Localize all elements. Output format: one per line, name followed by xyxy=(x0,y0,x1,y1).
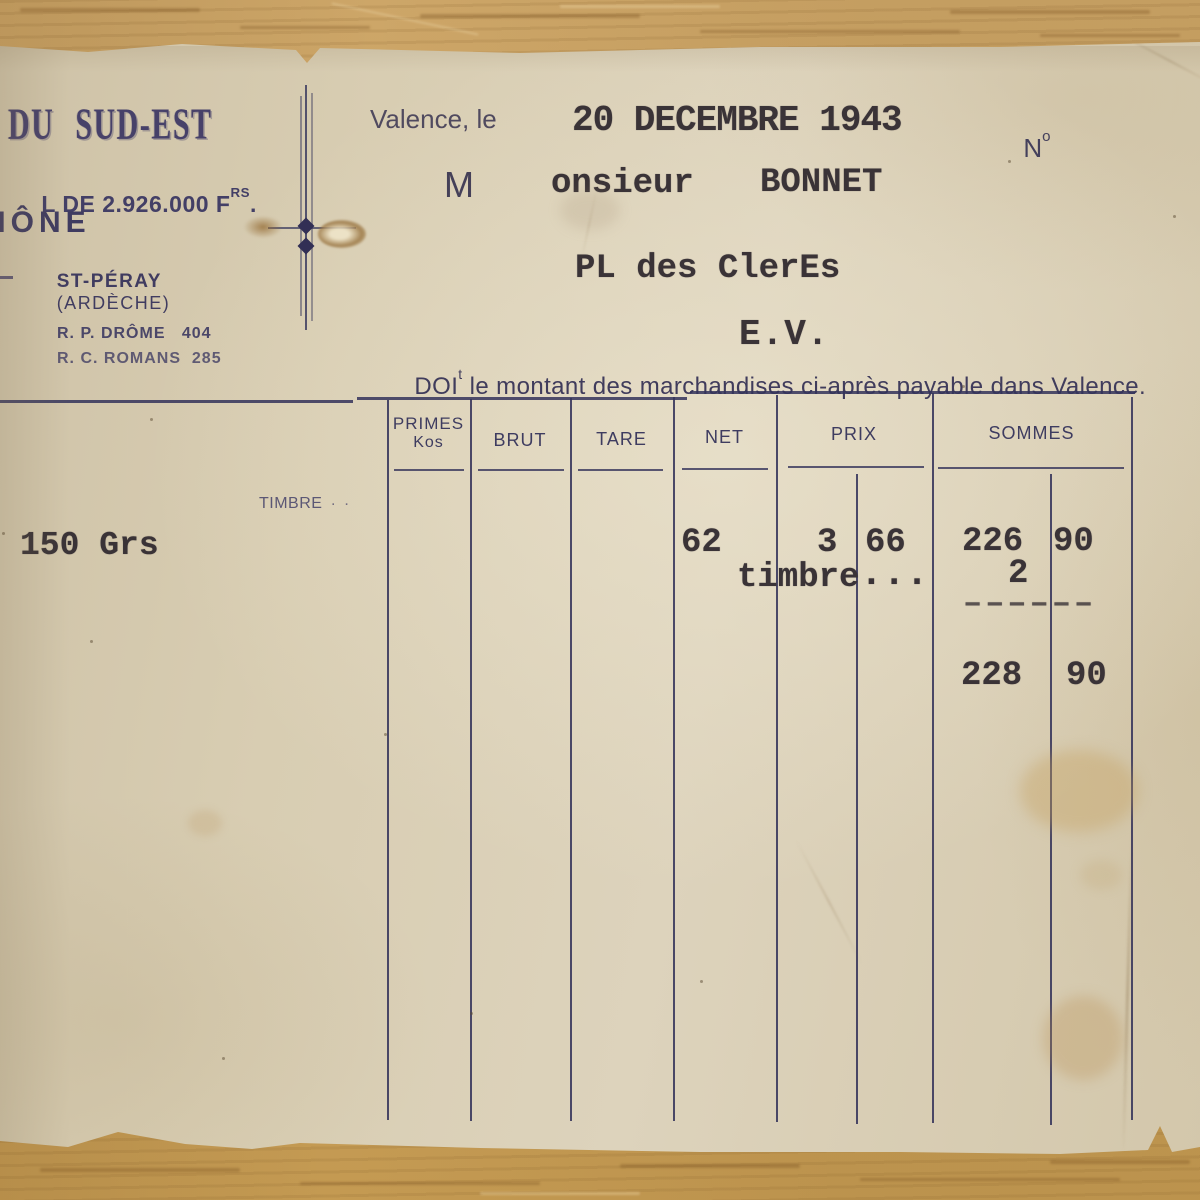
header-underline-tare xyxy=(578,469,663,471)
paper-speck xyxy=(700,980,703,983)
paper-speck xyxy=(1173,215,1176,218)
total-francs: 228 xyxy=(961,657,1022,695)
paper-edge-darkening-left xyxy=(0,46,70,1146)
paper-speck xyxy=(2,532,5,535)
typed-date: 20 DECEMBRE 1943 xyxy=(572,100,902,141)
civility-prefix: M xyxy=(444,164,474,206)
ornament-vertical-rule-3 xyxy=(311,93,313,321)
paper-stain-small-left xyxy=(188,810,222,836)
place-date-label: Valence, le xyxy=(370,104,497,135)
letterhead-registry-romans: R. C. ROMANS 285 xyxy=(57,350,222,368)
doit-clause: DOIt le montant des marchandises ci-aprè… xyxy=(372,344,1146,429)
invoice-number-label: No xyxy=(980,102,1051,195)
wood-grain-streak xyxy=(1040,34,1180,37)
col-header-sommes: SOMMES xyxy=(932,423,1131,444)
total-centimes: 90 xyxy=(1066,657,1107,695)
wood-grain-streak xyxy=(1050,1160,1190,1164)
col-header-primes-line1: PRIMES xyxy=(387,414,470,434)
doit-superscript: t xyxy=(458,366,462,382)
doit-prefix: DOI xyxy=(414,373,458,400)
wood-scratch xyxy=(331,2,478,35)
wood-grain-streak xyxy=(480,1192,640,1195)
item-price-francs: 3 xyxy=(817,524,837,562)
timbre-line-label: timbre xyxy=(737,559,859,597)
typed-client-name: BONNET xyxy=(760,164,882,202)
paper-tear-right xyxy=(318,220,366,248)
town-bold: ST-PÉRAY xyxy=(57,271,162,292)
paper-speck xyxy=(150,418,153,421)
photo-scene: DU SUD-EST L DE 2.926.000 FRS. HÔNE ST-P… xyxy=(0,0,1200,1200)
subtotal-rule: –––––– xyxy=(963,585,1096,622)
col-header-brut: BRUT xyxy=(470,430,570,451)
table-line-net-left xyxy=(673,397,675,1121)
wood-grain-streak xyxy=(420,14,640,18)
paper-stain-right-margin xyxy=(1080,860,1122,890)
wood-grain-streak xyxy=(240,26,370,29)
doit-text: le montant des marchandises ci-après pay… xyxy=(463,373,1147,400)
wood-grain-streak xyxy=(560,5,720,8)
wood-grain-streak xyxy=(40,1168,240,1172)
header-underline-prix xyxy=(788,466,924,468)
col-header-tare: TARE xyxy=(570,429,673,450)
paper-speck xyxy=(962,385,965,388)
paper-crease-diagonal xyxy=(795,840,862,965)
row-label-timbre-dots: . . xyxy=(331,492,349,510)
timbre-line-dots: ... xyxy=(860,553,928,596)
paper-tear-left xyxy=(244,216,282,238)
typed-address: PL des ClerEs xyxy=(575,250,840,288)
item-amount-centimes: 90 xyxy=(1053,523,1094,561)
wood-grain-streak xyxy=(620,1164,800,1168)
col-header-prix: PRIX xyxy=(776,424,932,445)
table-top-rule-right xyxy=(690,391,1135,394)
row-label-timbre: TIMBRE xyxy=(259,495,322,513)
paper-speck xyxy=(222,1057,225,1060)
paper-speck xyxy=(90,640,93,643)
town-paren: (ARDÈCHE) xyxy=(57,293,171,313)
paper-speck xyxy=(1008,160,1011,163)
invoice-paper: DU SUD-EST L DE 2.926.000 FRS. HÔNE ST-P… xyxy=(0,0,1200,1200)
col-header-primes: PRIMES Kos xyxy=(387,414,470,452)
capital-period: . xyxy=(250,191,257,217)
paper-speck xyxy=(384,733,387,736)
number-n: N xyxy=(1023,133,1042,163)
capital-superscript: RS xyxy=(230,185,250,200)
header-underline-net xyxy=(682,468,768,470)
paper-stain-yellow xyxy=(1020,750,1138,832)
table-line-tare-left xyxy=(570,398,572,1121)
table-line-right-edge xyxy=(1131,397,1133,1120)
col-header-net: NET xyxy=(673,427,776,448)
paper-stain-bottom-right xyxy=(1043,996,1123,1080)
header-underline-primes xyxy=(394,469,464,471)
wood-grain-streak xyxy=(20,8,200,12)
table-top-rule-mid xyxy=(357,397,687,400)
number-superscript: o xyxy=(1042,128,1050,145)
ornament-vertical-rule-1 xyxy=(300,96,302,316)
wood-grain-streak xyxy=(300,1182,540,1185)
item-net-value: 62 xyxy=(681,524,722,562)
wood-grain-streak xyxy=(860,1178,1120,1181)
table-line-sommes-left xyxy=(932,393,934,1123)
header-underline-sommes xyxy=(938,467,1124,469)
ornament-vertical-rule-2 xyxy=(305,85,307,330)
table-line-prix-left xyxy=(776,395,778,1122)
wood-grain-streak xyxy=(950,10,1150,14)
wood-grain-streak xyxy=(700,30,960,33)
header-underline-brut xyxy=(478,469,564,471)
paper-speck xyxy=(470,1012,473,1015)
col-header-primes-line2: Kos xyxy=(387,434,470,452)
table-line-primes-left xyxy=(387,400,389,1120)
letterhead-registry-drome: R. P. DRÔME 404 xyxy=(57,325,212,343)
